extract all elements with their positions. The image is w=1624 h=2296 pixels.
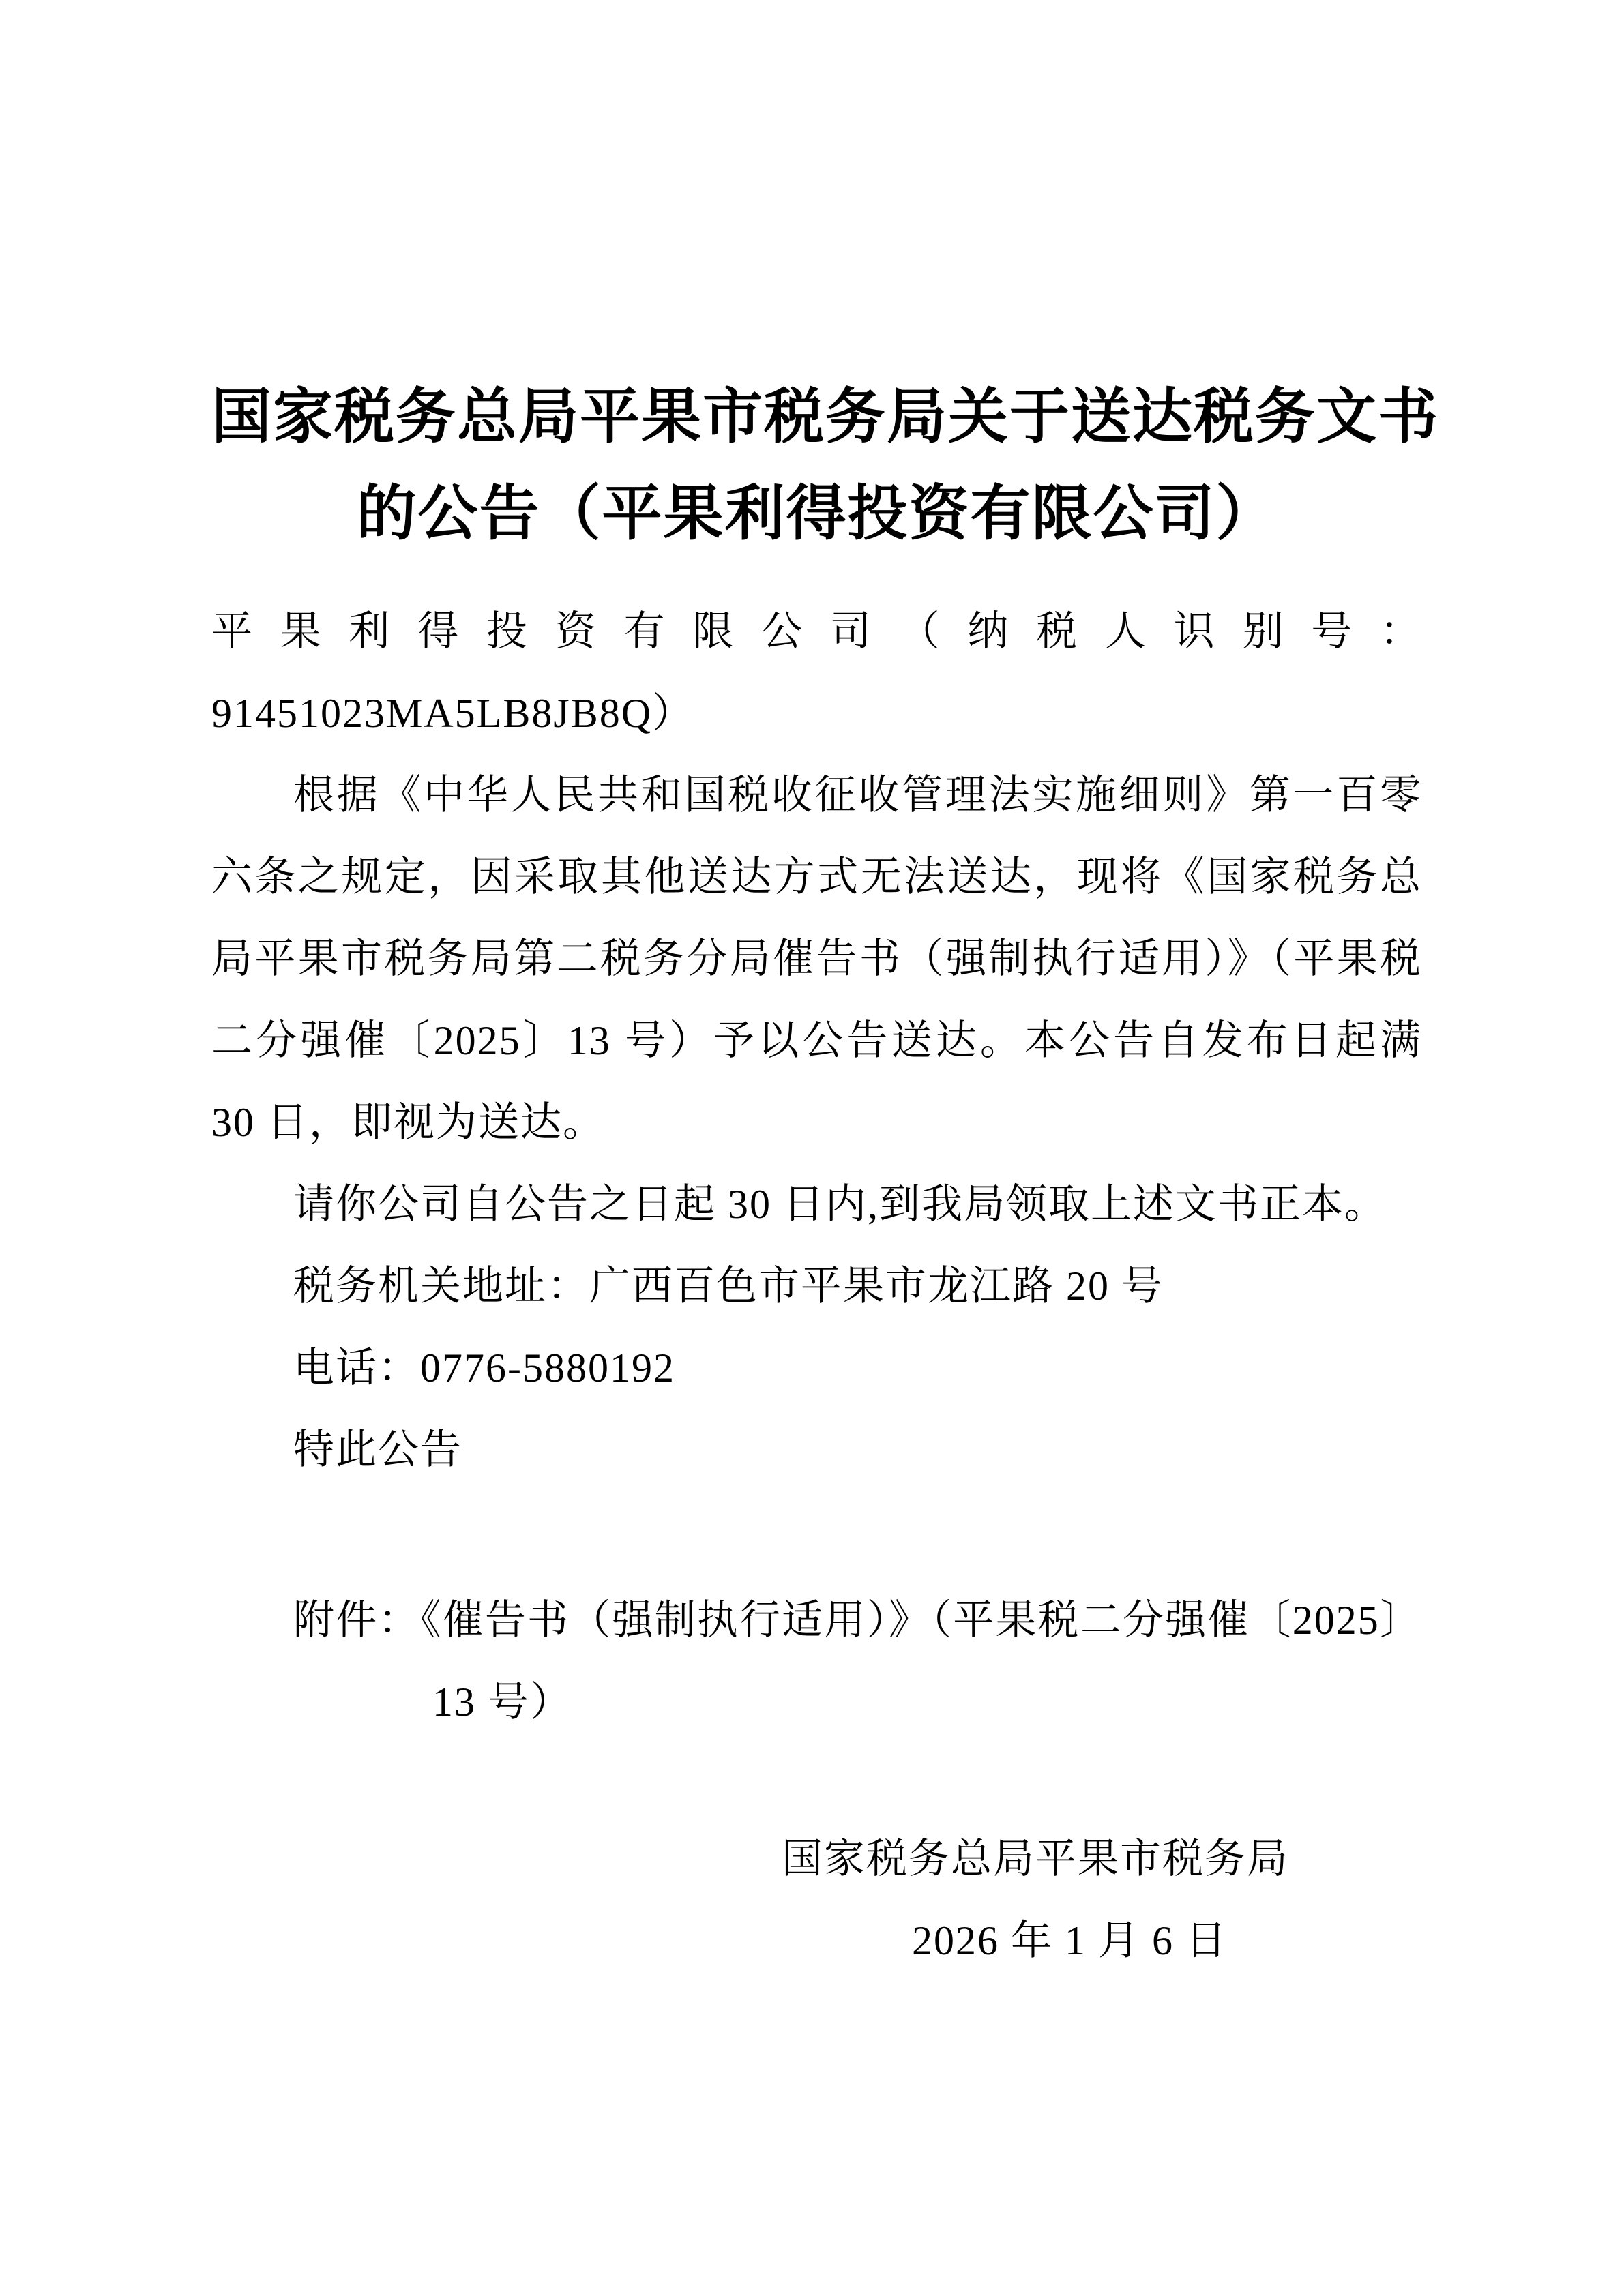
paragraph-taxpayer-info: 平果利得投资有限公司（纳税人识别号：91451023MA5LB8JB8Q）: [211, 591, 1422, 754]
attachment-content: 《催告书（强制执行适用）》（平果税二分强催〔2025〕13 号）: [421, 1598, 1422, 1725]
paragraph-bureau-address: 税务机关地址：广西百色市平果市龙江路 20 号: [211, 1245, 1422, 1327]
paragraph-phone: 电话：0776-5880192: [211, 1327, 1422, 1409]
issuer-name: 国家税务总局平果市税务局: [211, 1818, 1289, 1900]
document-title-line-1: 国家税务总局平果市税务局关于送达税务文书: [211, 370, 1422, 466]
issue-date: 2026 年 1 月 6 日: [211, 1900, 1228, 1982]
paragraph-hereby-announced: 特此公告: [211, 1409, 1422, 1491]
document-page: 国家税务总局平果市税务局关于送达税务文书 的公告（平果利得投资有限公司） 平果利…: [0, 0, 1624, 2296]
paragraph-legal-basis: 根据《中华人民共和国税收征收管理法实施细则》第一百零六条之规定，因采取其他送达方…: [211, 754, 1422, 1163]
signature-block: 国家税务总局平果市税务局 2026 年 1 月 6 日: [211, 1818, 1422, 1982]
document-body: 平果利得投资有限公司（纳税人识别号：91451023MA5LB8JB8Q） 根据…: [211, 591, 1422, 1743]
document-title-line-2: 的公告（平果利得投资有限公司）: [211, 466, 1422, 563]
document-title: 国家税务总局平果市税务局关于送达税务文书 的公告（平果利得投资有限公司）: [211, 370, 1422, 563]
paragraph-attachment: 附件：《催告书（强制执行适用）》（平果税二分强催〔2025〕13 号）: [211, 1579, 1422, 1743]
attachment-label: 附件：: [293, 1598, 421, 1643]
paragraph-collection-notice: 请你公司自公告之日起 30 日内,到我局领取上述文书正本。: [211, 1163, 1422, 1245]
